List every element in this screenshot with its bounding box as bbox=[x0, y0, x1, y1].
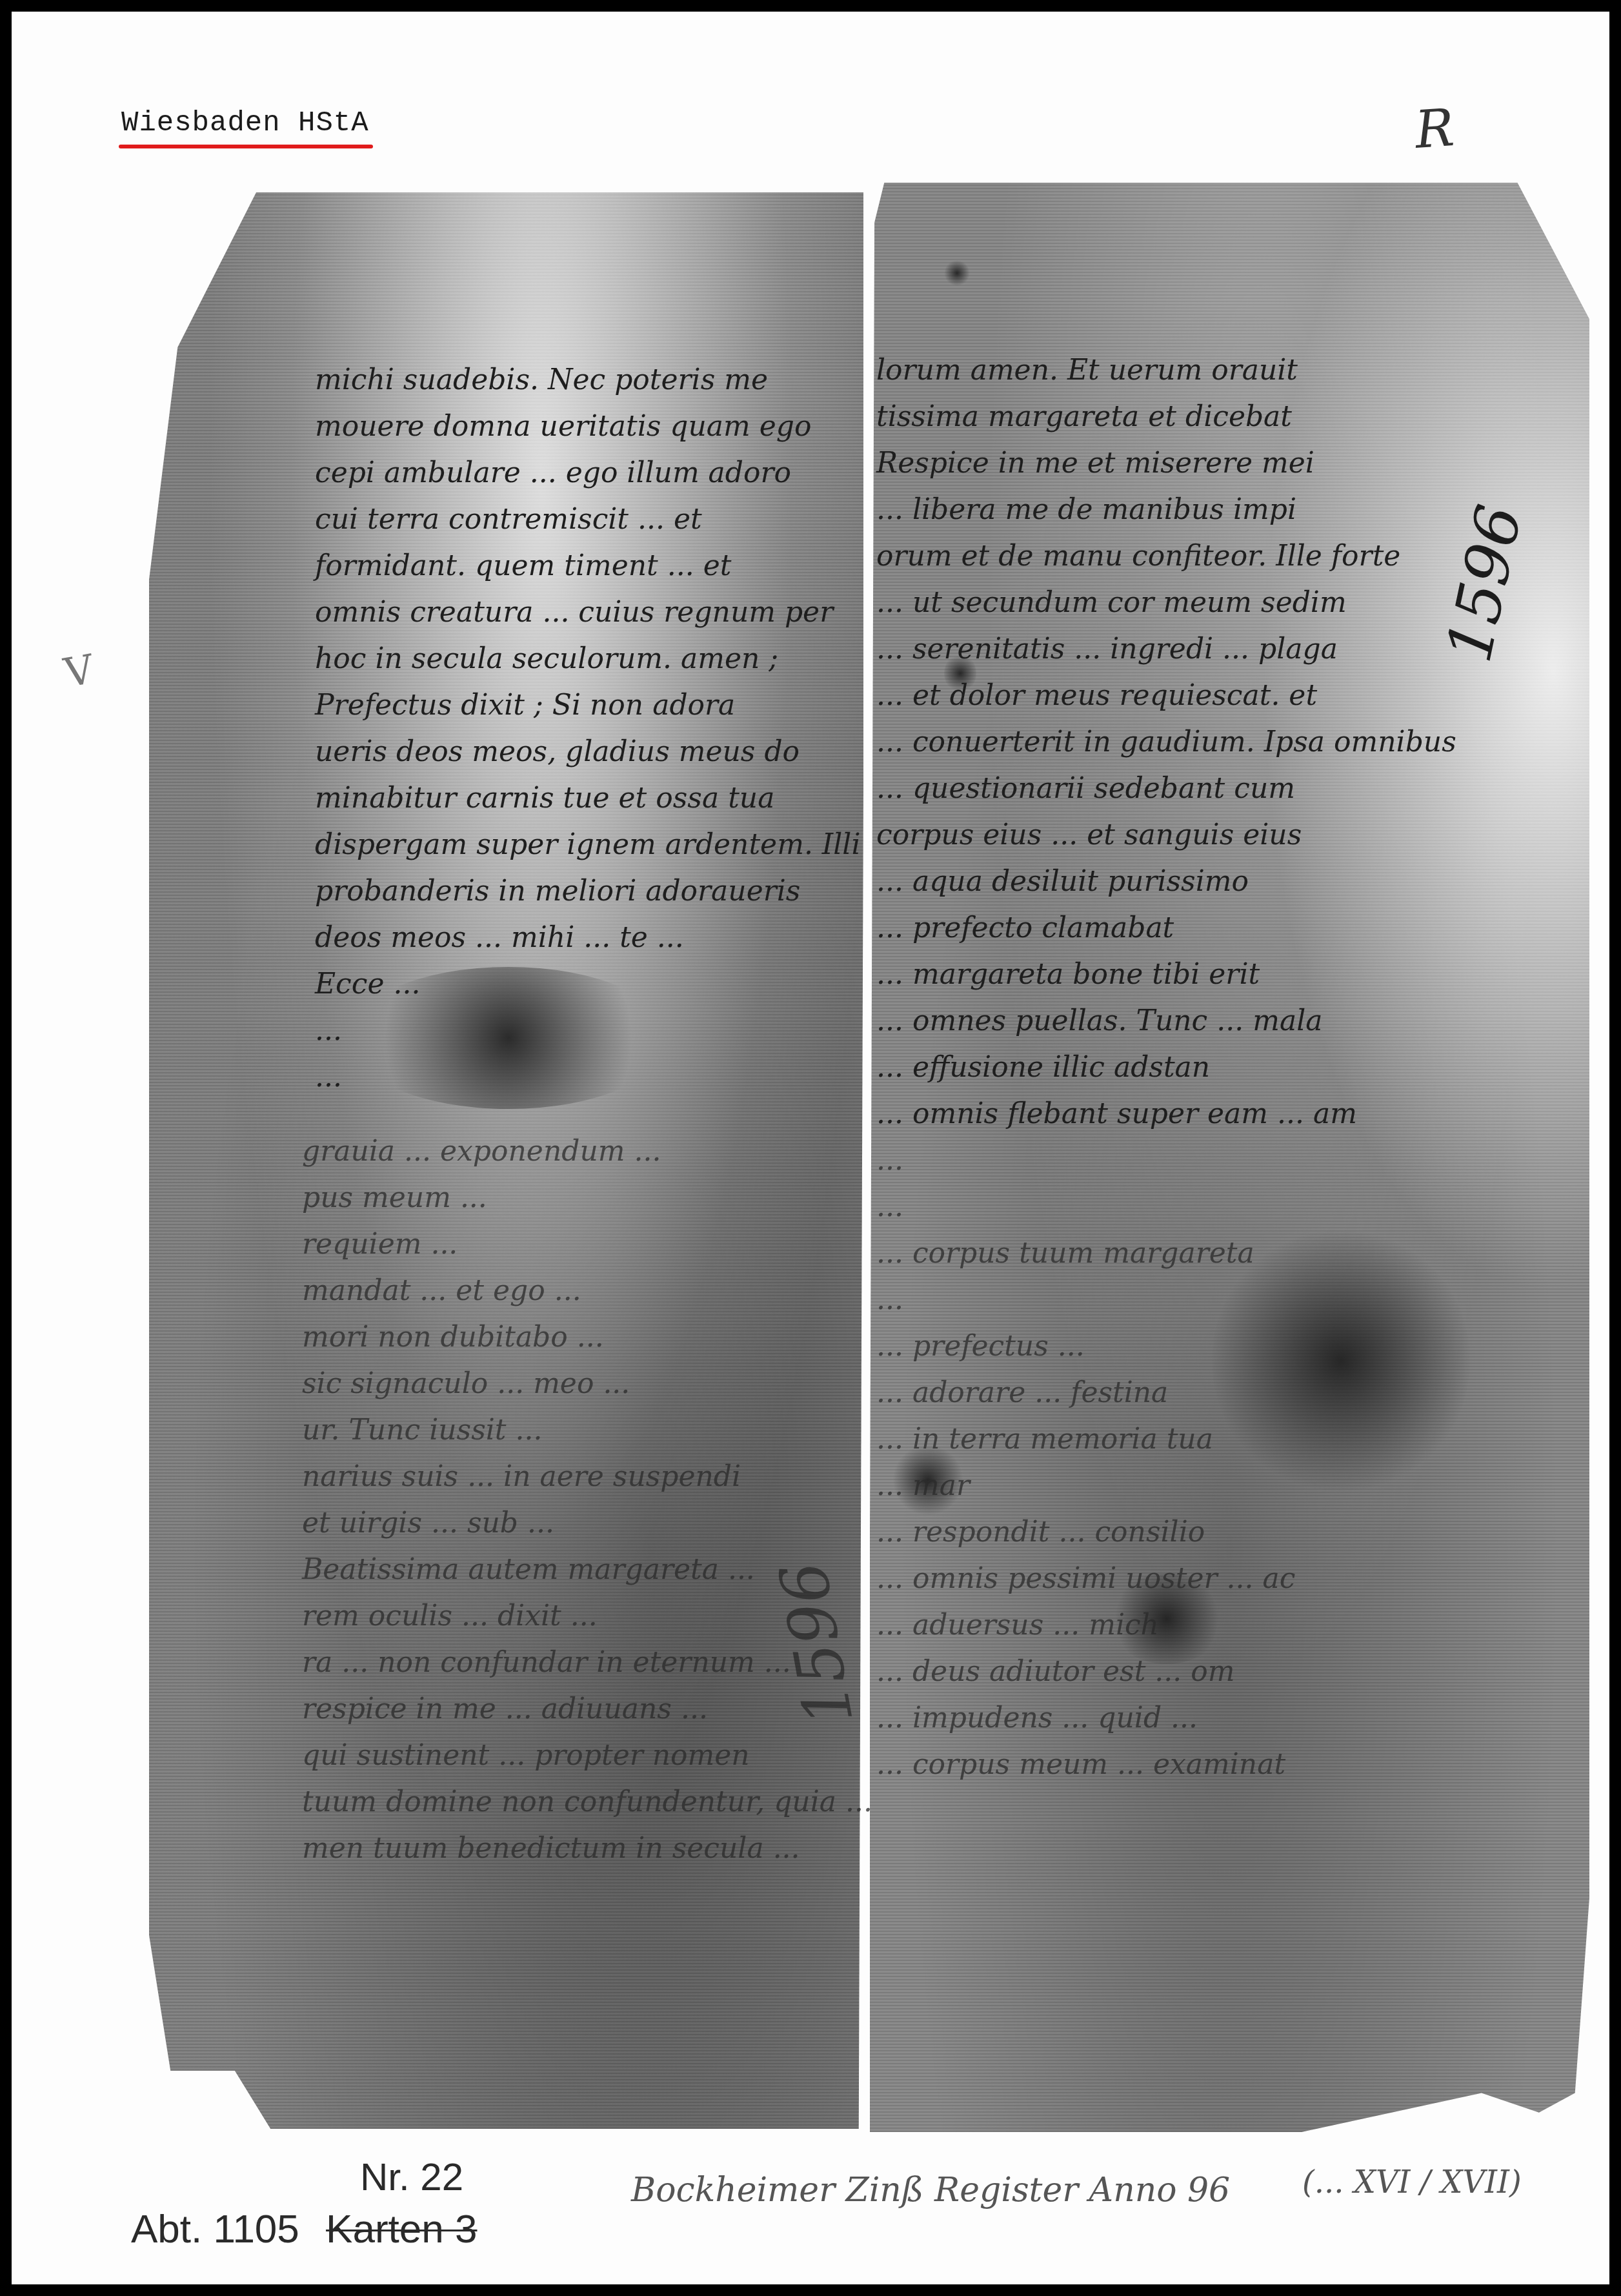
text-line: qui sustinent ... propter nomen bbox=[302, 1732, 872, 1779]
right-column-text-lower: ... ... ... corpus tuum margareta ... ..… bbox=[876, 1137, 1295, 1788]
text-line: ... corpus tuum margareta bbox=[876, 1230, 1295, 1277]
right-column-text: lorum amen. Et uerum orauit tissima marg… bbox=[876, 347, 1456, 1137]
text-line: ... adorare ... festina bbox=[876, 1370, 1295, 1416]
text-line: sic signaculo ... meo ... bbox=[302, 1361, 872, 1407]
text-line: dispergam super ignem ardentem. Illi bbox=[315, 822, 860, 868]
text-line: corpus eius ... et sanguis eius bbox=[876, 812, 1456, 858]
item-number: Nr. 22 bbox=[360, 2155, 463, 2199]
text-line: orum et de manu confiteor. Ille forte bbox=[876, 533, 1456, 580]
text-line: cepi ambulare ... ego illum adoro bbox=[315, 450, 860, 496]
abt-number: Abt. 1105 bbox=[131, 2207, 299, 2251]
text-line: cui terra contremiscit ... et bbox=[315, 496, 860, 543]
archive-label-text: Wiesbaden HStA bbox=[121, 107, 369, 139]
text-line: narius suis ... in aere suspendi bbox=[302, 1454, 872, 1500]
text-line: ... effusione illic adstan bbox=[876, 1044, 1456, 1091]
document-title-note: Bockheimer Zinß Register Anno 96 bbox=[631, 2171, 1230, 2210]
text-line: ... respondit ... consilio bbox=[876, 1509, 1295, 1556]
text-line: lorum amen. Et uerum orauit bbox=[876, 347, 1456, 394]
text-line: ... bbox=[876, 1277, 1295, 1323]
left-column-text: michi suadebis. Nec poteris me mouere do… bbox=[315, 357, 860, 1101]
text-line: pus meum ... bbox=[302, 1175, 872, 1221]
text-line: formidant. quem timent ... et bbox=[315, 543, 860, 589]
text-line: minabitur carnis tue et ossa tua bbox=[315, 775, 860, 822]
text-line: hoc in secula seculorum. amen ; bbox=[315, 636, 860, 682]
text-line: ... omnis pessimi uoster ... ac bbox=[876, 1556, 1295, 1602]
text-line: ur. Tunc iussit ... bbox=[302, 1407, 872, 1454]
text-line: ... aqua desiluit purissimo bbox=[876, 858, 1456, 905]
text-line: ... libera me de manibus impi bbox=[876, 487, 1456, 533]
text-line: probanderis in meliori adoraueris bbox=[315, 868, 860, 915]
text-line: ... conuerterit in gaudium. Ipsa omnibus bbox=[876, 719, 1456, 766]
text-line: ... omnes puellas. Tunc ... mala bbox=[876, 998, 1456, 1044]
text-line: ... aduersus ... mich bbox=[876, 1602, 1295, 1649]
text-line: ... omnis flebant super eam ... am bbox=[876, 1091, 1456, 1137]
text-line: ueris deos meos, gladius meus do bbox=[315, 729, 860, 775]
text-line: ... prefecto clamabat bbox=[876, 905, 1456, 951]
text-line: ... impudens ... quid ... bbox=[876, 1695, 1295, 1742]
text-line: ... bbox=[315, 1054, 860, 1101]
century-note: (... XVI / XVII) bbox=[1302, 2164, 1522, 2200]
text-line: Ecce ... bbox=[315, 961, 860, 1008]
text-line: michi suadebis. Nec poteris me bbox=[315, 357, 860, 403]
text-line: ... ut secundum cor meum sedim bbox=[876, 580, 1456, 626]
left-column-text-lower: grauia ... exponendum ... pus meum ... r… bbox=[302, 1128, 872, 1872]
text-line: et uirgis ... sub ... bbox=[302, 1500, 872, 1547]
text-line: ... in terra memoria tua bbox=[876, 1416, 1295, 1463]
text-line: grauia ... exponendum ... bbox=[302, 1128, 872, 1175]
text-line: mandat ... et ego ... bbox=[302, 1268, 872, 1314]
text-line: ... corpus meum ... examinat bbox=[876, 1742, 1295, 1788]
text-line: ... bbox=[876, 1184, 1295, 1230]
text-line: mori non dubitabo ... bbox=[302, 1314, 872, 1361]
text-line: men tuum benedictum in secula ... bbox=[302, 1825, 872, 1872]
text-line: ... et dolor meus requiescat. et bbox=[876, 673, 1456, 719]
text-line: ... serenitatis ... ingredi ... plaga bbox=[876, 626, 1456, 673]
text-line: Prefectus dixit ; Si non adora bbox=[315, 682, 860, 729]
text-line: requiem ... bbox=[302, 1221, 872, 1268]
text-line: ... mar bbox=[876, 1463, 1295, 1509]
text-line: ... bbox=[876, 1137, 1295, 1184]
stain bbox=[944, 260, 970, 286]
text-line: deos meos ... mihi ... te ... bbox=[315, 915, 860, 961]
text-line: tuum domine non confundentur, quia ... bbox=[302, 1779, 872, 1825]
text-line: tissima margareta et dicebat bbox=[876, 394, 1456, 440]
text-line: ... questionarii sedebant cum bbox=[876, 766, 1456, 812]
archive-department: Abt. 1105 Karten 3 bbox=[131, 2206, 477, 2252]
archive-label: Wiesbaden HStA bbox=[121, 107, 369, 139]
text-line: Respice in me et miserere mei bbox=[876, 440, 1456, 487]
red-underline bbox=[119, 145, 373, 148]
text-line: ... bbox=[315, 1008, 860, 1054]
text-line: ... deus adiutor est ... om bbox=[876, 1649, 1295, 1695]
margin-pencil-mark: V bbox=[61, 645, 97, 697]
text-line: mouere domna ueritatis quam ego bbox=[315, 403, 860, 450]
corner-pencil-mark: R bbox=[1413, 97, 1456, 160]
text-line: ... prefectus ... bbox=[876, 1323, 1295, 1370]
text-line: omnis creatura ... cuius regnum per bbox=[315, 589, 860, 636]
struck-karten: Karten 3 bbox=[326, 2207, 477, 2251]
text-line: ... margareta bone tibi erit bbox=[876, 951, 1456, 998]
scanned-page: Wiesbaden HStA R V michi suadebis. Nec p… bbox=[12, 12, 1609, 2284]
